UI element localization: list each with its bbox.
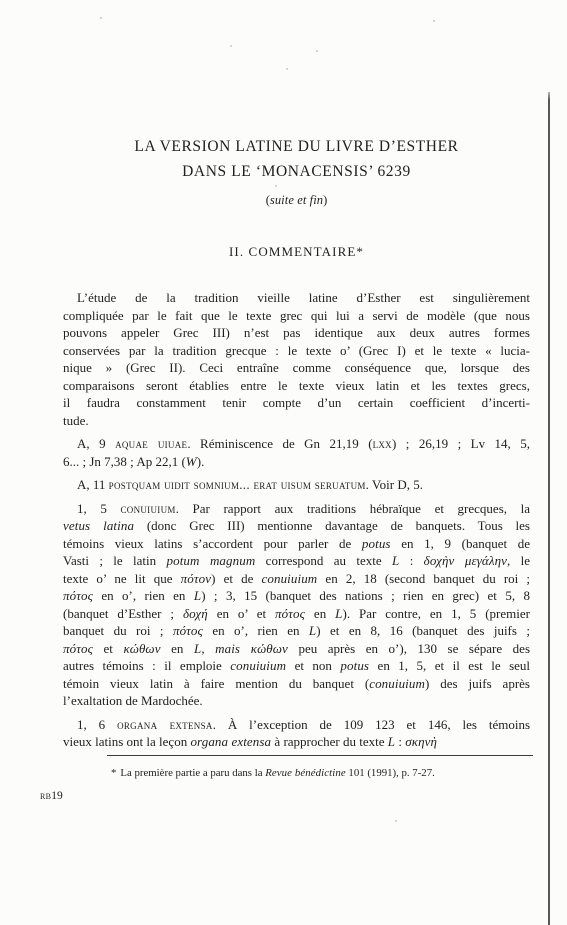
text-line: témoins vieux latins s’accordent pour pa… — [63, 535, 530, 553]
text-line: L’étude de la tradition vieille latine d… — [63, 289, 530, 307]
scan-speck — [316, 50, 318, 52]
text-line: autres témoins : il emploie conuiuium et… — [63, 657, 530, 675]
text-line: A, 11 postquam uidit somnium... erat uis… — [63, 476, 530, 494]
scanned-paper-page: LA VERSION LATINE DU LIVRE D’ESTHER DANS… — [0, 0, 567, 925]
paragraph: 1, 5 conuiuium. Par rapport aux traditio… — [63, 500, 530, 710]
text-line: A, 9 aquae uiuae. Réminiscence de Gn 21,… — [63, 435, 530, 453]
text-line: πότος et κώθων en L, mais κώθων peu aprè… — [63, 640, 530, 658]
article-title-line1: LA VERSION LATINE DU LIVRE D’ESTHER — [63, 137, 530, 156]
text-line: pouvons appeler Grec III) n’est pas iden… — [63, 324, 530, 342]
section-heading: II. COMMENTAIRE* — [63, 244, 530, 260]
text-line: témoin vieux latin à faire mention du ba… — [63, 675, 530, 693]
text-line: conservées par la tradition grecque : le… — [63, 342, 530, 360]
text-line: nique » (Grec II). Ceci entraîne comme c… — [63, 359, 530, 377]
footnote-divider — [107, 755, 533, 756]
title-block: LA VERSION LATINE DU LIVRE D’ESTHER DANS… — [63, 137, 530, 208]
article-body: L’étude de la tradition vieille latine d… — [63, 289, 530, 751]
text-line: tude. — [63, 412, 530, 430]
scan-speck — [100, 17, 102, 19]
footnote-marker: * — [111, 767, 116, 779]
scan-speck — [395, 820, 397, 822]
text-line: 1, 5 conuiuium. Par rapport aux traditio… — [63, 500, 530, 518]
article-title-line2: DANS LE ‘MONACENSIS’ 6239 — [63, 162, 530, 181]
scan-speck — [286, 68, 288, 70]
paragraph: 1, 6 organa extensa. À l’exception de 10… — [63, 716, 530, 751]
paragraph: A, 9 aquae uiuae. Réminiscence de Gn 21,… — [63, 435, 530, 470]
paragraph: A, 11 postquam uidit somnium... erat uis… — [63, 476, 530, 494]
text-line: 1, 6 organa extensa. À l’exception de 10… — [63, 716, 530, 734]
text-line: texte o’ ne lit que πότον) et de conuiui… — [63, 570, 530, 588]
scan-edge-line — [548, 92, 550, 925]
text-line: banquet du roi ; πότος en o’, rien en L)… — [63, 622, 530, 640]
scan-speck — [230, 45, 232, 47]
footnote-line: *La première partie a paru dans la Revue… — [63, 766, 530, 780]
article-subtitle: (suite et fin) — [63, 193, 530, 208]
text-line: comparaisons seront établies entre le te… — [63, 377, 530, 395]
text-line: il faudra constamment tenir compte d’un … — [63, 394, 530, 412]
footnote-text: La première partie a paru dans la Revue … — [120, 767, 434, 779]
text-line: vetus latina (donc Grec III) mentionne d… — [63, 517, 530, 535]
text-line: Vasti ; le latin potum magnum correspond… — [63, 552, 530, 570]
footnote: *La première partie a paru dans la Revue… — [63, 766, 530, 780]
text-line: l’exaltation de Mardochée. — [63, 692, 530, 710]
scan-speck — [433, 20, 435, 22]
text-line: πότος en o’, rien en L) ; 3, 15 (banquet… — [63, 587, 530, 605]
text-line: (banquet d’Esther ; δοχή en o’ et πότος … — [63, 605, 530, 623]
text-line: vieux latins ont la leçon organa extensa… — [63, 733, 530, 751]
text-line: 6... ; Jn 7,38 ; Ap 22,1 (W). — [63, 453, 530, 471]
paragraph: L’étude de la tradition vieille latine d… — [63, 289, 530, 429]
journal-signature: rb19 — [40, 790, 63, 802]
text-line: compliquée par le fait que le texte grec… — [63, 307, 530, 325]
